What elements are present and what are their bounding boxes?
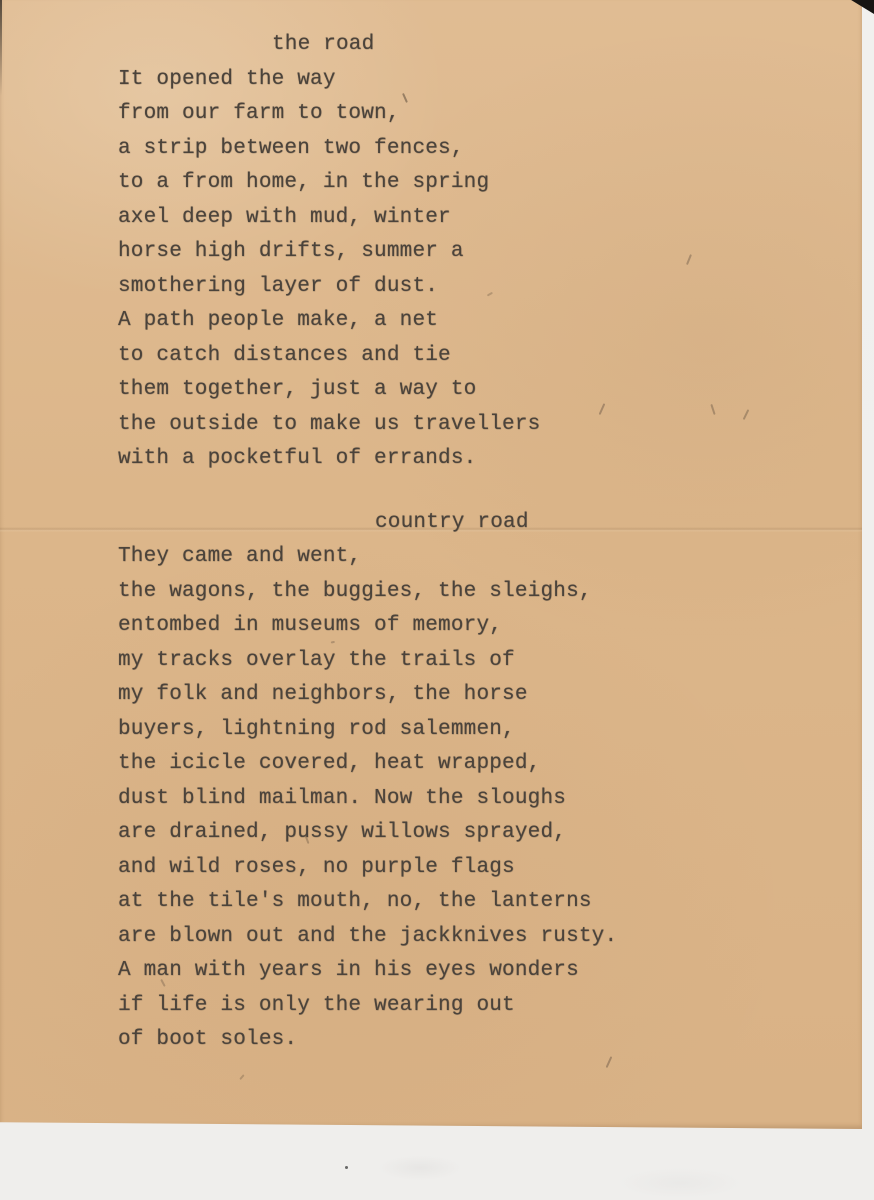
poem-line: horse high drifts, summer a [118, 235, 862, 270]
scan-edge-shadow [0, 0, 2, 96]
poem-title: country road [118, 506, 862, 541]
poem-text: the road It opened the way from our farm… [0, 0, 862, 1058]
poem-line: A path people make, a net [118, 304, 862, 339]
poem-line: my tracks overlay the trails of [118, 644, 862, 679]
poem-line: a strip between two fences, [118, 132, 862, 167]
poem-line: A man with years in his eyes wonders [118, 954, 862, 989]
poem-line: buyers, lightning rod salemmen, [118, 713, 862, 748]
poem-line: to a from home, in the spring [118, 166, 862, 201]
poem-line: smothering layer of dust. [118, 270, 862, 305]
paper-speck [606, 1056, 612, 1068]
poem-line: if life is only the wearing out [118, 989, 862, 1024]
poem-line: with a pocketful of errands. [118, 442, 862, 477]
poem-line: entombed in museums of memory, [118, 609, 862, 644]
poem-line: the icicle covered, heat wrapped, [118, 747, 862, 782]
poem-line: They came and went, [118, 540, 862, 575]
poem-title: the road [118, 28, 862, 63]
poem-line: axel deep with mud, winter [118, 201, 862, 236]
scan-speck-dot [345, 1166, 348, 1169]
poem-line: from our farm to town, [118, 97, 862, 132]
poem-line: the wagons, the buggies, the sleighs, [118, 575, 862, 610]
poem-line: and wild roses, no purple flags [118, 851, 862, 886]
poem-country-road: country road They came and went, the wag… [118, 506, 862, 1058]
poem-line: dust blind mailman. Now the sloughs [118, 782, 862, 817]
poem-line: of boot soles. [118, 1023, 862, 1058]
poem-line: them together, just a way to [118, 373, 862, 408]
poem-line: the outside to make us travellers [118, 408, 862, 443]
scanned-page: the road It opened the way from our farm… [0, 0, 874, 1200]
poem-line: to catch distances and tie [118, 339, 862, 374]
poem-line: are blown out and the jackknives rusty. [118, 920, 862, 955]
poem-line: my folk and neighbors, the horse [118, 678, 862, 713]
poem-the-road: the road It opened the way from our farm… [118, 28, 862, 477]
poem-line: are drained, pussy willows sprayed, [118, 816, 862, 851]
poem-line: at the tile's mouth, no, the lanterns [118, 885, 862, 920]
poem-line: It opened the way [118, 63, 862, 98]
paper-sheet: the road It opened the way from our farm… [0, 0, 862, 1129]
paper-speck [239, 1074, 244, 1080]
